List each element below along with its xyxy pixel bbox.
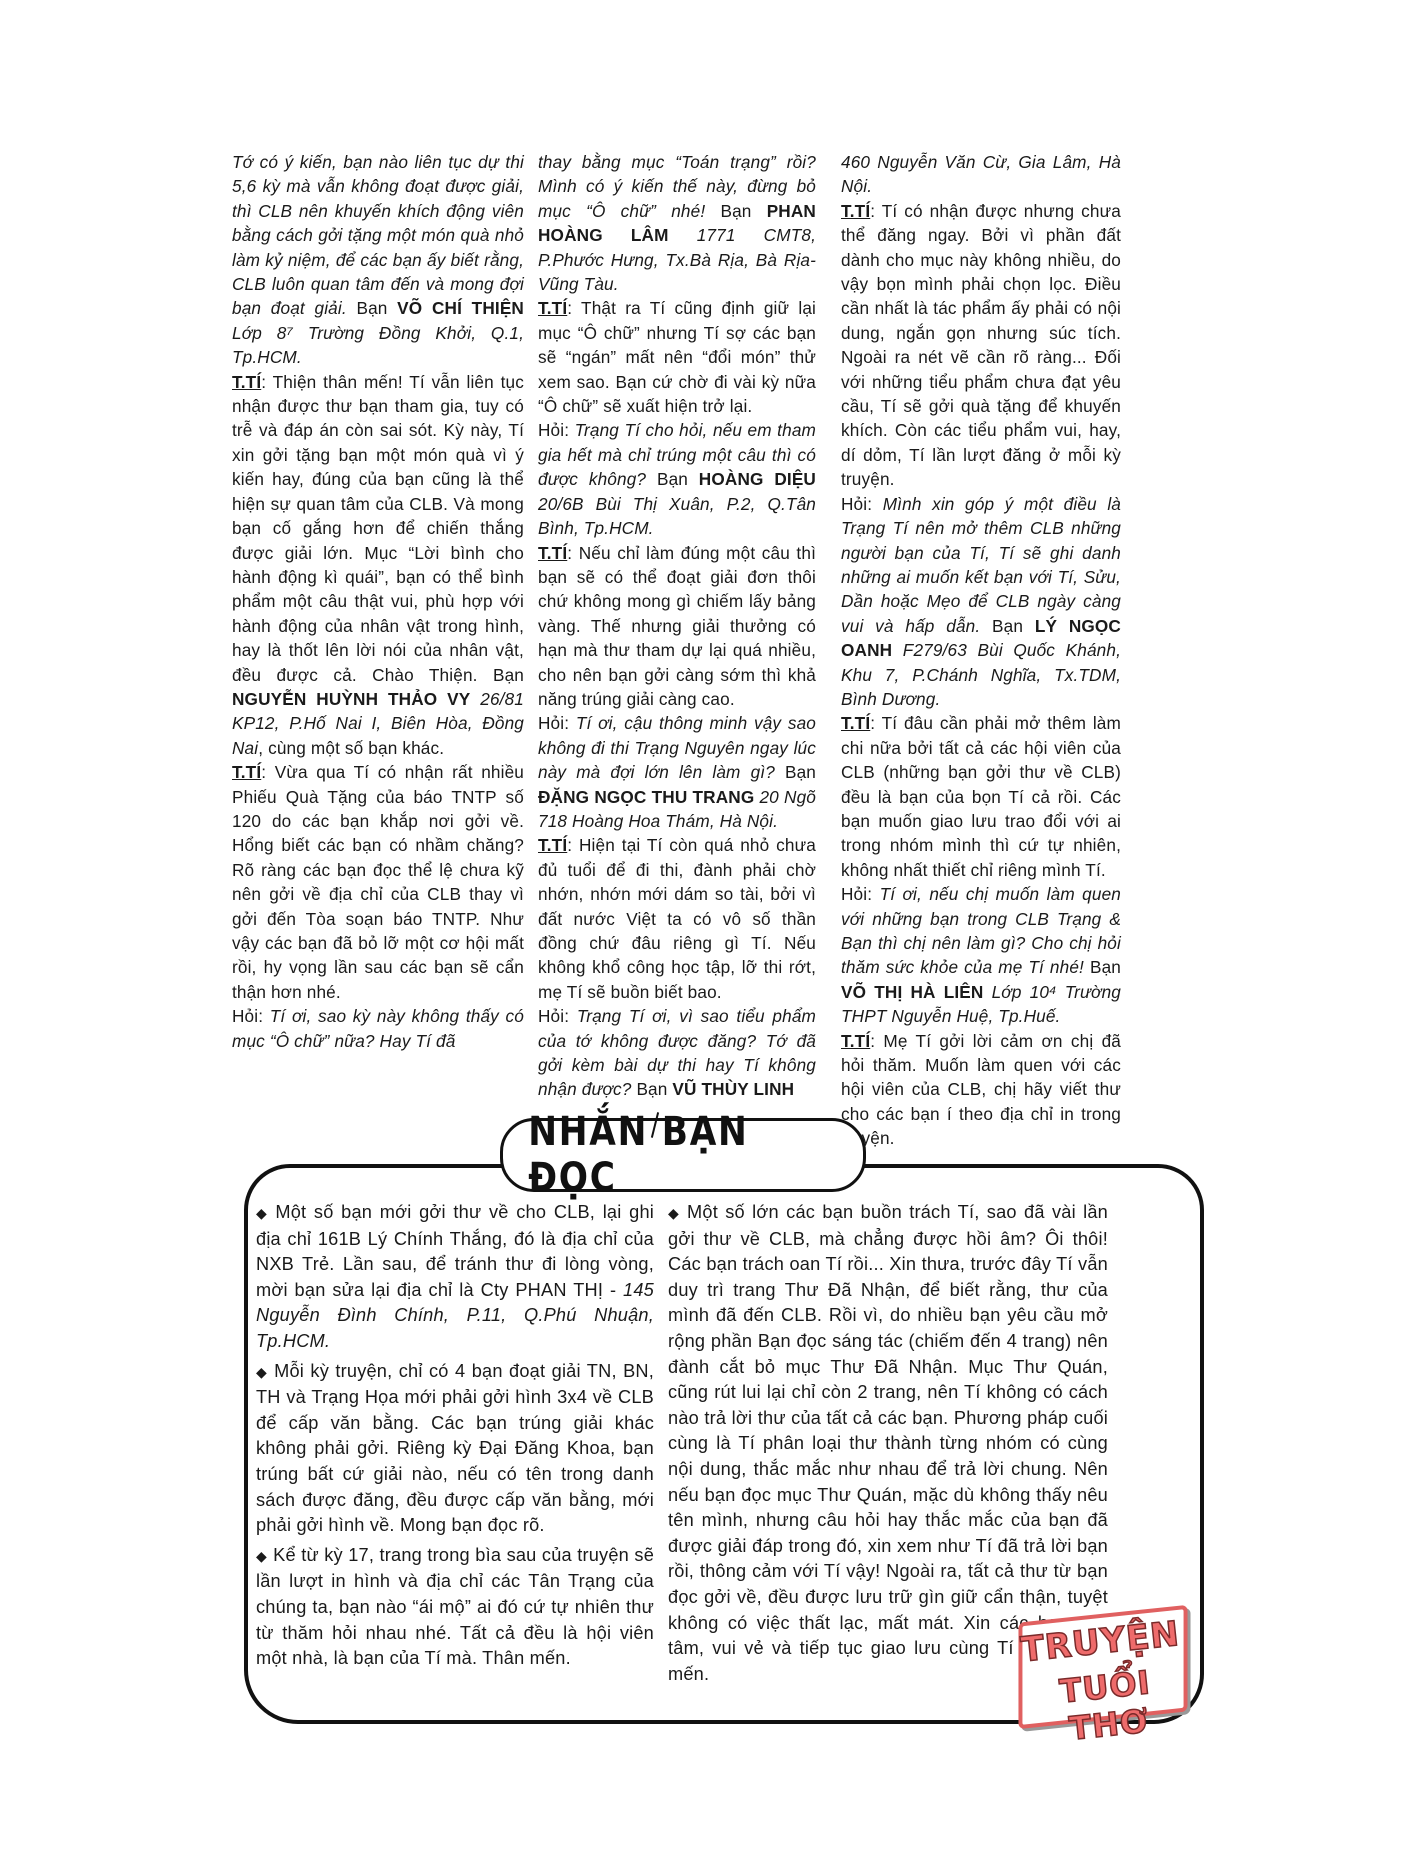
letter-paragraph: 460 Nguyễn Văn Cừ, Gia Lâm, Hà Nội. [841,150,1121,199]
reply-paragraph: T.TÍ: Hiện tại Tí còn quá nhỏ chưa đủ tu… [538,833,816,1004]
reply-text: , cùng một số bạn khác. [258,738,444,758]
diamond-bullet-icon: ◆ [256,1364,268,1380]
notice-text: Một số bạn mới gởi thư về cho CLB, lại g… [256,1202,654,1300]
notice-column-left: ◆Một số bạn mới gởi thư về cho CLB, lại … [256,1200,654,1676]
reply-paragraph: T.TÍ: Vừa qua Tí có nhận rất nhiều Phiếu… [232,760,524,1004]
letter-paragraph: thay bằng mục “Toán trạng” rồi? Mình có … [538,150,816,296]
reply-text: : Vừa qua Tí có nhận rất nhiều Phiếu Quà… [232,762,524,1002]
reader-address: 460 Nguyễn Văn Cừ, Gia Lâm, Hà Nội. [841,152,1121,196]
question-paragraph: Hỏi: Tí ơi, sao kỳ này không thấy có mục… [232,1004,524,1053]
question-paragraph: Hỏi: Mình xin góp ý một điều là Trạng Tí… [841,492,1121,712]
reply-label: T.TÍ [841,201,870,221]
question-text: Mình xin góp ý một điều là Trạng Tí nên … [841,494,1121,636]
reply-text: : Mẹ Tí gởi lời cảm ơn chị đã hỏi thăm. … [841,1031,1121,1149]
question-paragraph: Hỏi: Tí ơi, nếu chị muốn làm quen với nh… [841,882,1121,1028]
reply-text: : Thiện thân mến! Tí vẫn liên tục nhận đ… [232,372,524,685]
letter-text: Bạn [1084,957,1121,977]
diamond-bullet-icon: ◆ [668,1205,681,1221]
reply-text: : Hiện tại Tí còn quá nhỏ chưa đủ tuổi đ… [538,835,816,1001]
reply-text: : Tí đâu cần phải mở thêm làm chi nữa bở… [841,713,1121,879]
notice-text: Một số lớn các bạn buồn trách Tí, sao đã… [668,1202,1108,1684]
reader-name: VÕ CHÍ THIỆN [397,298,524,318]
question-text: Tí ơi, nếu chị muốn làm quen với những b… [841,884,1121,977]
question-label: Hỏi: [841,884,880,904]
reply-label: T.TÍ [538,298,567,318]
watermark-logo: TRUYỆN TUỔI THƠ [1013,1605,1193,1728]
question-label: Hỏi: [538,1006,577,1026]
reader-name: ĐẶNG NGỌC THU TRANG [538,787,754,807]
letter-text: Bạn [705,201,766,221]
letters-column-1: Tớ có ý kiến, bạn nào liên tục dự thi 5,… [232,150,524,1053]
letter-text: Bạn [980,616,1035,636]
reply-paragraph: T.TÍ: Mẹ Tí gởi lời cảm ơn chị đã hỏi th… [841,1029,1121,1151]
question-text: Tí ơi, sao kỳ này không thấy có mục “Ô c… [232,1006,524,1050]
notice-heading-pill: NHẮN BẠN ĐỌC [500,1118,866,1192]
reader-address: 20/6B Bùi Thị Xuân, P.2, Q.Tân Bình, Tp.… [538,494,816,538]
reply-paragraph: T.TÍ: Thật ra Tí cũng định giữ lại mục “… [538,296,816,418]
reply-label: T.TÍ [538,835,567,855]
reader-address: Lớp 8⁷ Trường Đồng Khởi, Q.1, Tp.HCM. [232,323,524,367]
letter-text: Bạn [646,469,699,489]
reply-paragraph: T.TÍ: Nếu chỉ làm đúng một câu thì bạn s… [538,541,816,712]
question-label: Hỏi: [538,420,575,440]
notice-heading: NHẮN BẠN ĐỌC [528,1109,838,1201]
letters-column-3: 460 Nguyễn Văn Cừ, Gia Lâm, Hà Nội. T.TÍ… [841,150,1121,1151]
letter-text: Tớ có ý kiến, bạn nào liên tục dự thi 5,… [232,152,524,318]
reader-name: VÕ THỊ HÀ LIÊN [841,982,983,1002]
question-label: Hỏi: [538,713,576,733]
reply-text: : Nếu chỉ làm đúng một câu thì bạn sẽ có… [538,543,816,709]
letter-paragraph: Tớ có ý kiến, bạn nào liên tục dự thi 5,… [232,150,524,370]
reply-paragraph: T.TÍ: Thiện thân mến! Tí vẫn liên tục nh… [232,370,524,761]
reply-label: T.TÍ [232,372,261,392]
reply-label: T.TÍ [841,713,870,733]
question-paragraph: Hỏi: Trạng Tí ơi, vì sao tiểu phẩm của t… [538,1004,816,1102]
reply-label: T.TÍ [841,1031,870,1051]
reply-text: : Thật ra Tí cũng định giữ lại mục “Ô ch… [538,298,816,416]
reply-paragraph: T.TÍ: Tí đâu cần phải mở thêm làm chi nữ… [841,711,1121,882]
letter-text: Bạn [775,762,816,782]
reader-name: VŨ THÙY LINH [672,1079,794,1099]
logo-line-2: TUỔI THƠ [1019,1659,1196,1752]
question-label: Hỏi: [232,1006,270,1026]
notice-text: Mỗi kỳ truyện, chỉ có 4 bạn đoạt giải TN… [256,1361,654,1536]
magazine-page: Tớ có ý kiến, bạn nào liên tục dự thi 5,… [0,0,1404,1872]
reply-text: : Tí có nhận được nhưng chưa thể đăng ng… [841,201,1121,489]
notice-item: ◆Mỗi kỳ truyện, chỉ có 4 bạn đoạt giải T… [256,1359,654,1539]
question-paragraph: Hỏi: Tí ơi, cậu thông minh vậy sao không… [538,711,816,833]
notice-item: ◆Một số lớn các bạn buồn trách Tí, sao đ… [668,1200,1108,1687]
notice-column-right: ◆Một số lớn các bạn buồn trách Tí, sao đ… [668,1200,1108,1691]
reply-label: T.TÍ [538,543,567,563]
diamond-bullet-icon: ◆ [256,1205,269,1221]
reply-paragraph: T.TÍ: Tí có nhận được nhưng chưa thể đăn… [841,199,1121,492]
letters-column-2: thay bằng mục “Toán trạng” rồi? Mình có … [538,150,816,1102]
letter-text: Bạn [632,1079,673,1099]
question-label: Hỏi: [841,494,883,514]
question-paragraph: Hỏi: Trạng Tí cho hỏi, nếu em tham gia h… [538,418,816,540]
notice-item: ◆Một số bạn mới gởi thư về cho CLB, lại … [256,1200,654,1355]
notice-item: ◆Kể từ kỳ 17, trang trong bìa sau của tr… [256,1543,654,1672]
diamond-bullet-icon: ◆ [256,1548,267,1564]
notice-text: Kể từ kỳ 17, trang trong bìa sau của tru… [256,1545,654,1668]
reader-name: NGUYỄN HUỲNH THẢO VY [232,689,470,709]
reply-label: T.TÍ [232,762,261,782]
letter-text: Bạn [347,298,397,318]
reader-name: HOÀNG DIỆU [699,469,816,489]
